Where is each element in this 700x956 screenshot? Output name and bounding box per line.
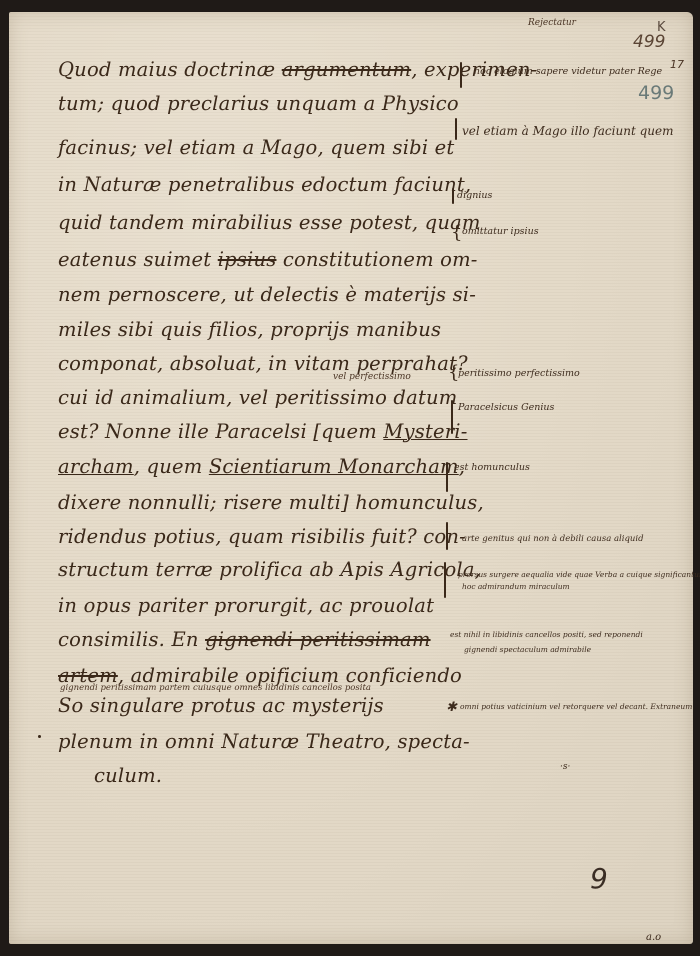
- text-line-13: dixere nonnulli; risere multi] homunculu…: [58, 491, 484, 514]
- margin-asterisk: ✱: [446, 700, 457, 715]
- text-line-17: consimilis. En gignendi peritissimam: [58, 628, 431, 651]
- margin-note-4: omittatur ipsius: [462, 226, 539, 237]
- text-segment: datum: [387, 386, 457, 409]
- text-segment: singulare protus ac mysterijs: [90, 694, 384, 717]
- margin-note-2: vel etiam à Mago illo faciunt quem: [462, 124, 673, 138]
- underlined-word: Mysteri-: [383, 420, 467, 443]
- text-line-6: eatenus suimet ipsius constitutionem om-: [58, 248, 478, 271]
- text-line-4: in Naturæ penetralibus edoctum faciunt,: [58, 173, 471, 196]
- folio-sub-number: 17: [670, 58, 684, 71]
- margin-note-5: peritissimo perfectissimo: [458, 368, 580, 379]
- margin-bar: [446, 522, 448, 550]
- text-line-12: archam, quem Scientiarum Monarcham,: [58, 455, 465, 478]
- text-segment: , quem: [134, 455, 209, 478]
- margin-bar: [452, 188, 454, 204]
- underlined-word: Scientiarum Monarcham: [209, 455, 459, 478]
- margin-note-6: Paracelsicus Genius: [458, 402, 554, 413]
- text-line-10: cui id animalium, vel peritissimo datum: [58, 386, 457, 409]
- margin-note-1: hoc elogium sapere videtur pater Rege: [474, 66, 662, 77]
- text-line-8: miles sibi quis filios, proprijs manibus: [58, 318, 441, 341]
- text-line-3: facinus; vel etiam a Mago, quem sibi et: [58, 136, 454, 159]
- text-segment: eatenus suimet: [58, 248, 218, 271]
- top-rejection-note: Rejectatur: [528, 18, 576, 28]
- folio-number-ink: 499: [633, 32, 665, 52]
- text-line-20: plenum in omni Naturæ Theatro, specta-: [58, 730, 470, 753]
- text-line-11: est? Nonne ille Paracelsi [quem Mysteri-: [58, 420, 468, 443]
- margin-bar: [451, 400, 453, 434]
- text-line-19: So singulare protus ac mysterijs: [58, 694, 384, 717]
- text-segment: constitutionem om-: [276, 248, 477, 271]
- struck-word: ipsius: [218, 248, 277, 271]
- margin-note-10: hoc admirandum miraculum: [462, 582, 570, 591]
- margin-bar: [460, 62, 462, 88]
- margin-note-13: omni potius vaticinium vel retorquere ve…: [460, 702, 692, 711]
- margin-brace: {: [451, 222, 462, 243]
- text-line-7: nem pernoscere, ut delectis è materijs s…: [58, 283, 476, 306]
- text-segment: Quod maius doctrinæ: [58, 58, 282, 81]
- margin-note-9: prorsus surgere aequalia vide quae Verba…: [458, 570, 700, 579]
- text-segment: consimilis. En: [58, 628, 205, 651]
- folio-number-pencil: 499: [638, 82, 674, 104]
- interlinear-correction: vel perfectissimo: [333, 372, 411, 382]
- text-line-16: in opus pariter prorurgit, ac prouolat: [58, 594, 434, 617]
- margin-note-12: gignendi spectaculum admirabile: [464, 645, 591, 654]
- struck-word: argumentum: [282, 58, 411, 81]
- text-line-2: tum; quod preclarius unquam a Physico: [58, 92, 459, 115]
- text-line-21: culum.: [94, 764, 162, 787]
- text-segment: cui id animalium, vel peritissimo: [58, 386, 387, 409]
- margin-note-3: dignius: [457, 190, 492, 201]
- margin-note-8: arte genitus qui non à debili causa aliq…: [462, 534, 644, 544]
- margin-note-11: est nihil in libidinis cancellos positi,…: [450, 630, 643, 639]
- margin-bar: [455, 118, 457, 140]
- text-line-1: Quod maius doctrinæ argumentum, experime…: [58, 58, 537, 81]
- corner-mark: a.o: [646, 932, 661, 943]
- text-line-5: quid tandem mirabilius esse potest, quam: [58, 211, 481, 234]
- text-segment: So: [58, 694, 90, 717]
- margin-bar: [446, 462, 448, 492]
- margin-note-7: est homunculus: [454, 462, 530, 473]
- margin-bar: [444, 562, 446, 598]
- catchword-marks: ·s·: [560, 762, 570, 772]
- struck-phrase: gignendi peritissimam: [205, 628, 431, 651]
- margin-dot: [38, 735, 41, 738]
- page-number: 9: [590, 862, 608, 895]
- text-line-14: ridendus potius, quam risibilis fuit? co…: [58, 525, 466, 548]
- underlined-word: archam: [58, 455, 134, 478]
- text-line-15: structum terræ prolifica ab Apis Agricol…: [58, 558, 481, 581]
- text-segment: est? Nonne ille Paracelsi [quem: [58, 420, 383, 443]
- interlinear-correction-line: gignendi peritissimam partem cuiusque om…: [60, 683, 371, 693]
